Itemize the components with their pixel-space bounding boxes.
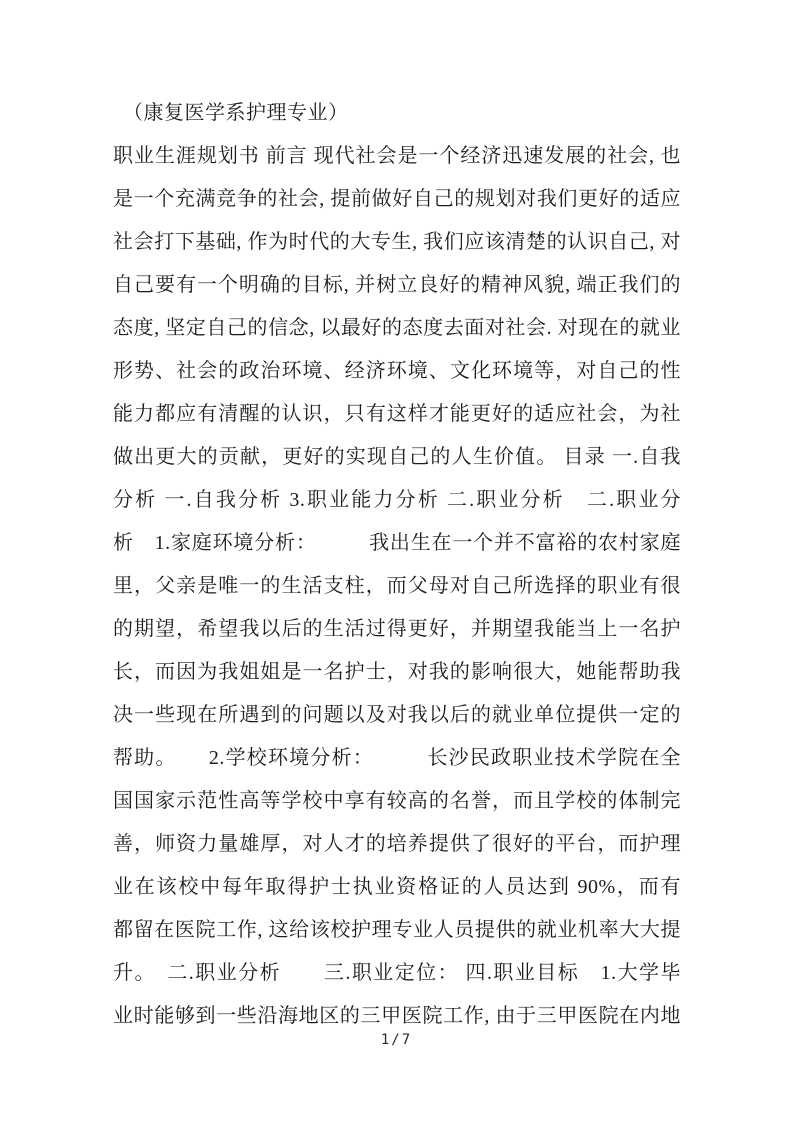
document-text-line: 业在该校中每年取得护士执业资格证的人员达到 90%，而有 70% [113,866,681,909]
document-text-line: 善，师资力量雄厚，对人才的培养提供了很好的平台，而护理专 [113,823,681,866]
document-text-line: 里，父亲是唯一的生活支柱，而父母对自己所选择的职业有很高 [113,565,681,608]
document-text-line: 国国家示范性高等学校中享有较高的名誉，而且学校的体制完 [113,780,681,823]
document-content: （康复医学系护理专业） 职业生涯规划书 前言 现代社会是一个经济迅速发展的社会,… [113,92,681,1038]
document-text-line: 分析 一.自我分析 3.职业能力分析 二.职业分析 二.职业分 [113,479,681,522]
document-body: 职业生涯规划书 前言 现代社会是一个经济迅速发展的社会, 也是一个充满竞争的社会… [113,135,681,1038]
document-text-line: 帮助。 2.学校环境分析： 长沙民政职业技术学院在全 [113,737,681,780]
document-text-line: 都留在医院工作, 这给该校护理专业人员提供的就业机率大大提 [113,909,681,952]
document-text-line: 长，而因为我姐姐是一名护士，对我的影响很大，她能帮助我解 [113,651,681,694]
document-text-line: 职业生涯规划书 前言 现代社会是一个经济迅速发展的社会, 也 [113,135,681,178]
document-text-line: 态度, 坚定自己的信念, 以最好的态度去面对社会. 对现在的就业 [113,307,681,350]
document-page: （康复医学系护理专业） 职业生涯规划书 前言 现代社会是一个经济迅速发展的社会,… [0,0,793,1122]
page-number: 1/7 [0,1032,793,1048]
document-text-line: 决一些现在所遇到的问题以及对我以后的就业单位提供一定的 [113,694,681,737]
document-text-line: 做出更大的贡献，更好的实现自己的人生价值。 目录 一.自我 [113,436,681,479]
document-text-line: 形势、社会的政治环境、经济环境、文化环境等，对自己的性格 [113,350,681,393]
document-heading: （康复医学系护理专业） [113,92,681,135]
document-text-line: 析 1.家庭环境分析： 我出生在一个并不富裕的农村家庭 [113,522,681,565]
document-text-line: 升。 二.职业分析 三.职业定位： 四.职业目标 1.大学毕 [113,952,681,995]
document-text-line: 能力都应有清醒的认识，只有这样才能更好的适应社会，为社会 [113,393,681,436]
document-text-line: 是一个充满竞争的社会, 提前做好自己的规划对我们更好的适应 [113,178,681,221]
document-text-line: 自己要有一个明确的目标, 并树立良好的精神风貌, 端正我们的 [113,264,681,307]
document-text-line: 社会打下基础, 作为时代的大专生, 我们应该清楚的认识自己, 对 [113,221,681,264]
document-text-line: 的期望，希望我以后的生活过得更好，并期望我能当上一名护士 [113,608,681,651]
